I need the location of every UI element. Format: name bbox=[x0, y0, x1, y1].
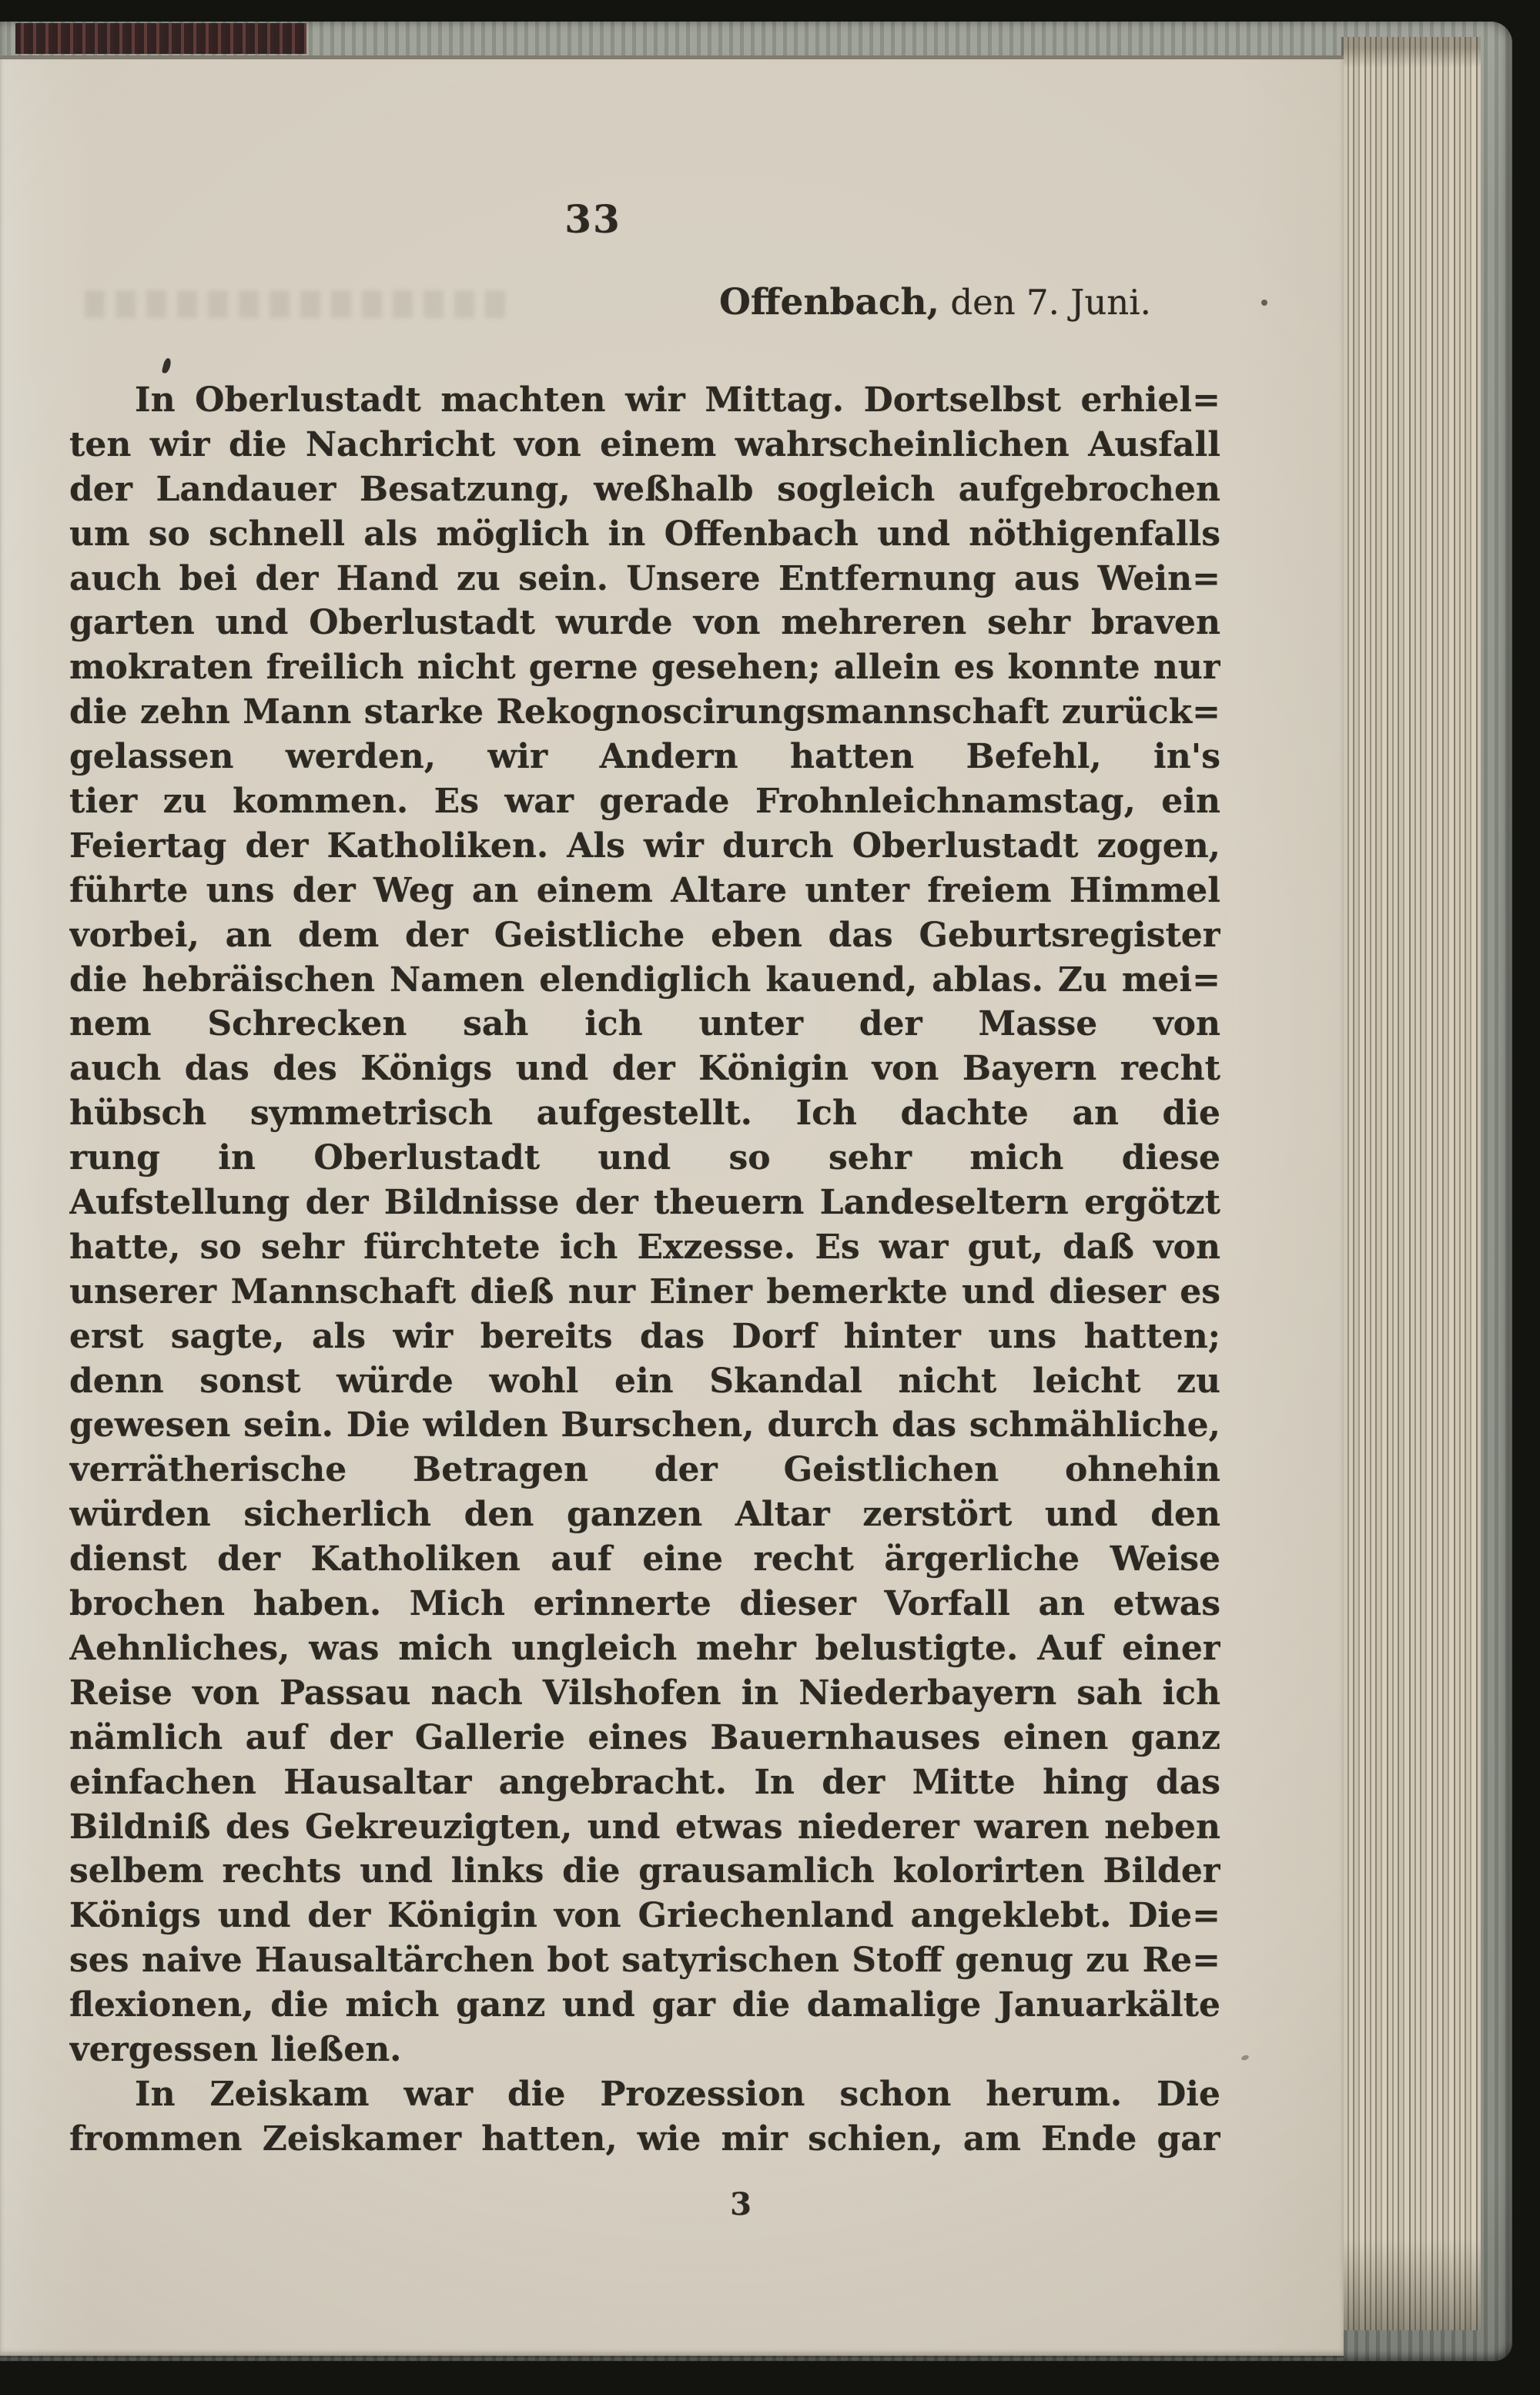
book-page: 33 Offenbach, den 7. Juni. In Oberlustad… bbox=[0, 55, 1344, 2356]
text-line: Reise von Passau nach Vilshofen in Niede… bbox=[69, 1671, 1220, 1716]
text-line: Feiertag der Katholiken. Als wir durch O… bbox=[69, 824, 1220, 869]
text-line: unserer Mannschaft dieß nur Einer bemerk… bbox=[69, 1270, 1220, 1315]
text-line: rung in Oberlustadt und so sehr mich die… bbox=[69, 1136, 1220, 1181]
text-line: um so schnell als möglich in Offenbach u… bbox=[69, 512, 1220, 557]
text-line: verrätherische Betragen der Geistlichen … bbox=[69, 1448, 1220, 1492]
text-line: erst sagte, als wir bereits das Dorf hin… bbox=[69, 1315, 1220, 1359]
text-line: gelassen werden, wir Andern hatten Befeh… bbox=[69, 735, 1220, 779]
ink-speck bbox=[1261, 300, 1267, 306]
text-line: In Zeiskam war die Prozession schon heru… bbox=[69, 2072, 1220, 2117]
text-line: garten und Oberlustadt wurde von mehrere… bbox=[69, 601, 1220, 645]
text-line: dienst der Katholiken auf eine recht ärg… bbox=[69, 1537, 1220, 1582]
text-line: mokraten freilich nicht gerne gesehen; a… bbox=[69, 645, 1220, 690]
text-line: auch bei der Hand zu sein. Unsere Entfer… bbox=[69, 557, 1220, 601]
text-line: einfachen Hausaltar angebracht. In der M… bbox=[69, 1760, 1220, 1805]
text-line: Aehnliches, was mich ungleich mehr belus… bbox=[69, 1626, 1220, 1671]
text-line: ten wir die Nachricht von einem wahrsche… bbox=[69, 423, 1220, 467]
page-number: 33 bbox=[531, 196, 654, 242]
text-line: tier zu kommen. Es war gerade Frohnleich… bbox=[69, 779, 1220, 824]
text-line: ses naive Hausaltärchen bot satyrischen … bbox=[69, 1938, 1220, 1983]
body-text: In Oberlustadt machten wir Mittag. Dorts… bbox=[69, 378, 1220, 2162]
dateline-place: Offenbach, bbox=[719, 281, 939, 323]
text-line: selbem rechts und links die grausamlich … bbox=[69, 1849, 1220, 1894]
text-line: der Landauer Besatzung, weßhalb sogleich… bbox=[69, 467, 1220, 512]
text-line: flexionen, die mich ganz und gar die dam… bbox=[69, 1983, 1220, 2028]
text-line: nem Schrecken sah ich unter der Masse vo… bbox=[69, 1002, 1220, 1047]
text-line: vorbei, an dem der Geistliche eben das G… bbox=[69, 913, 1220, 958]
text-line: brochen haben. Mich erinnerte dieser Vor… bbox=[69, 1582, 1220, 1626]
text-line: nämlich auf der Gallerie eines Bauernhau… bbox=[69, 1716, 1220, 1760]
text-line: Bildniß des Gekreuzigten, und etwas nied… bbox=[69, 1805, 1220, 1850]
text-line: gewesen sein. Die wilden Burschen, durch… bbox=[69, 1403, 1220, 1448]
text-line: frommen Zeiskamer hatten, wie mir schien… bbox=[69, 2117, 1220, 2162]
text-line: Aufstellung der Bildnisse der theuern La… bbox=[69, 1181, 1220, 1225]
scanned-book-photo: 33 Offenbach, den 7. Juni. In Oberlustad… bbox=[0, 0, 1540, 2395]
text-line: hatte, so sehr fürchtete ich Exzesse. Es… bbox=[69, 1225, 1220, 1270]
stacked-page-edges bbox=[1341, 37, 1481, 2330]
ink-speck bbox=[162, 357, 172, 374]
text-line: denn sonst würde wohl ein Skandal nicht … bbox=[69, 1359, 1220, 1404]
text-line: die hebräischen Namen elendiglich kauend… bbox=[69, 958, 1220, 1003]
text-line: In Oberlustadt machten wir Mittag. Dorts… bbox=[69, 378, 1220, 423]
ink-speck bbox=[1240, 2054, 1249, 2061]
signature-mark: 3 bbox=[716, 2186, 765, 2222]
text-line: würden sicherlich den ganzen Altar zerst… bbox=[69, 1492, 1220, 1537]
dateline: Offenbach, den 7. Juni. bbox=[69, 281, 1151, 323]
text-line: hübsch symmetrisch aufgestellt. Ich dach… bbox=[69, 1091, 1220, 1136]
text-line: die zehn Mann starke Rekognoscirungsmann… bbox=[69, 690, 1220, 735]
text-line: Königs und der Königin von Griechenland … bbox=[69, 1894, 1220, 1938]
text-line: auch das des Königs und der Königin von … bbox=[69, 1047, 1220, 1091]
binding-strip bbox=[15, 23, 306, 54]
text-line: führte uns der Weg an einem Altare unter… bbox=[69, 869, 1220, 913]
dateline-date: den 7. Juni. bbox=[950, 282, 1151, 323]
text-line: vergessen ließen. bbox=[69, 2028, 1220, 2072]
